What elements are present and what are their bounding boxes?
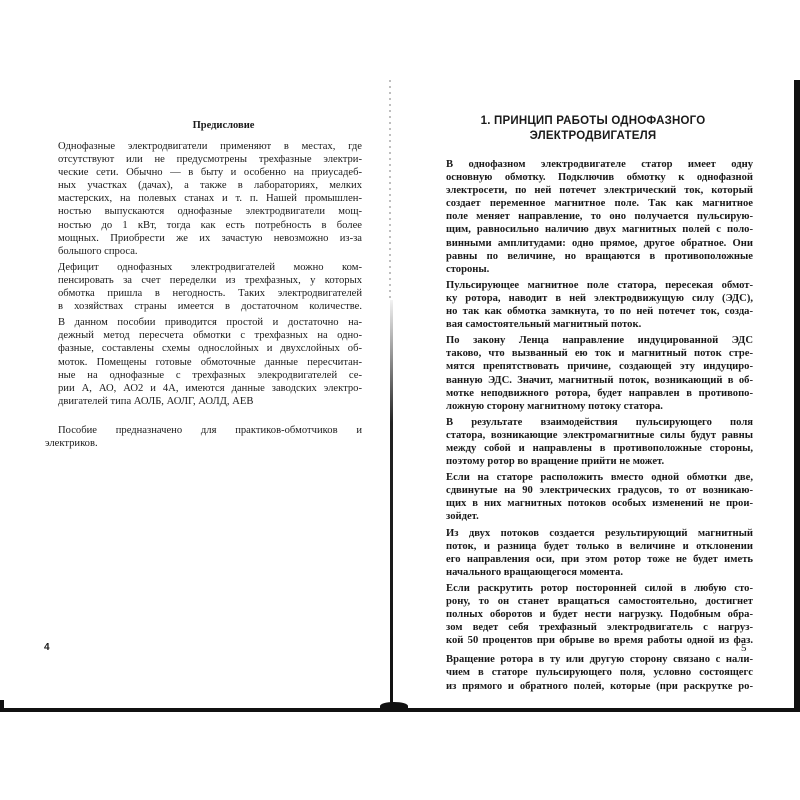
page-edge-bottom — [0, 708, 800, 712]
chapter-heading: 1. ПРИНЦИП РАБОТЫ ОДНОФАЗНОГО ЭЛЕКТРОДВИ… — [433, 114, 753, 144]
text-line: щих в них магнитных потоков особых измен… — [433, 497, 753, 510]
text-line: фазные, составлены схемы однослойных и д… — [45, 342, 362, 355]
text-line: Из двух потоков создается результирующий… — [433, 527, 753, 540]
text-line: вая самостоятельный магнитный поток. — [433, 318, 753, 331]
text-line: дежный метод пересчета обмотки с трехфаз… — [45, 329, 362, 342]
text-line: ку ротора, наводит в ней электродвижущую… — [433, 292, 753, 305]
text-line: чием в статоре пульсирующего поля, услов… — [433, 666, 753, 679]
page-edge-right — [794, 80, 800, 712]
text-line: По закону Ленца направление индуцированн… — [433, 334, 753, 347]
text-line: мастерских, на полевых станах и т. п. На… — [45, 192, 362, 205]
paragraph: Дефицит однофазных электродвигателей мож… — [45, 261, 362, 313]
text-line: моток. Помещены готовые обмоточные данны… — [45, 356, 362, 369]
paragraph: В однофазном электродвигателе статор име… — [433, 158, 753, 276]
text-line: полных оборотов и будет нести нагрузку. … — [433, 608, 753, 621]
paragraph: По закону Ленца направление индуцированн… — [433, 334, 753, 413]
text-line: В результате взаимодействия пульсирующег… — [433, 416, 753, 429]
text-line: винными амплитудами: одно прямое, другое… — [433, 237, 753, 250]
text-line: таково, что вызванный ею ток и магнитный… — [433, 347, 753, 360]
paragraph: Однофазные электродвигатели применяют в … — [45, 140, 362, 258]
text-line: электросети, по ней потечет электрически… — [433, 184, 753, 197]
text-line: поток, и разница будет только в величине… — [433, 540, 753, 553]
text-line: Если раскрутить ротор посторонней силой … — [433, 582, 753, 595]
paragraph: Пособие предназначено для практиков-обмо… — [45, 424, 362, 450]
text-line: ных участках (дачах), а также в лаборато… — [45, 179, 362, 192]
page-edge-corner — [0, 700, 4, 712]
text-line: мятся препятствовать причине, создающей … — [433, 360, 753, 373]
text-line: большого спроса. — [45, 245, 362, 258]
text-line: но так как обмотка замкнута, то по ней п… — [433, 305, 753, 318]
text-line: электриков. — [45, 437, 362, 450]
text-line: ностью выпускаются однофазные электродви… — [45, 205, 362, 218]
paragraph: В данном пособии приводится простой и до… — [45, 316, 362, 408]
paragraph: В результате взаимодействия пульсирующег… — [433, 416, 753, 468]
text-line: пенсировать за счет переделки из трехфаз… — [45, 274, 362, 287]
text-line: В данном пособии приводится простой и до… — [45, 316, 362, 329]
text-line: равны по величине, но вращаются в против… — [433, 250, 753, 263]
text-line: Вращение ротора в ту или другую сторону … — [433, 653, 753, 666]
text-line: В однофазном электродвигателе статор име… — [433, 158, 753, 171]
text-line: мощных. Приобрести же их зачастую невозм… — [45, 232, 362, 245]
text-line: поэтому ротор во вращение прийти не може… — [433, 455, 753, 468]
text-line: двигателей типа АОЛБ, АОЛГ, АОЛД, АЕВ — [45, 395, 362, 408]
text-line: Однофазные электродвигатели применяют в … — [45, 140, 362, 153]
text-line: из прямого и обратного полей, которые (п… — [433, 680, 753, 693]
text-line: Если на статоре расположить вместо одной… — [433, 471, 753, 484]
text-line: ванную ЭДС. Значит, магнитный поток, воз… — [433, 374, 753, 387]
paragraph: Если раскрутить ротор посторонней силой … — [433, 582, 753, 647]
text-line: статора, возникающие электромагнитные си… — [433, 429, 753, 442]
book-spine — [390, 300, 393, 710]
text-line: кой 50 процентов при обрыве во время раб… — [433, 634, 753, 647]
text-line: сдвинутые на 90 электрических градусов, … — [433, 484, 753, 497]
text-line: зом ведет себя трехфазный электродвигате… — [433, 621, 753, 634]
paragraph: Если на статоре расположить вместо одной… — [433, 471, 753, 523]
preface-heading: Предисловие — [45, 120, 362, 131]
text-line: ложную сторону магнитному потоку статора… — [433, 400, 753, 413]
left-page: Предисловие Однофазные электродвигатели … — [0, 0, 390, 708]
text-line: обмотка пришла в негодность. Таких элект… — [45, 287, 362, 300]
text-line: стороны. — [433, 263, 753, 276]
text-line: Дефицит однофазных электродвигателей мож… — [45, 261, 362, 274]
book-spread: Предисловие Однофазные электродвигатели … — [0, 0, 800, 800]
text-line: ческие сети. Обычно — в быту и особенно … — [45, 166, 362, 179]
preface-body: Однофазные электродвигатели применяют в … — [45, 140, 362, 453]
text-line: создает переменное магнитное поле. Так к… — [433, 197, 753, 210]
paragraph: Из двух потоков создается результирующий… — [433, 527, 753, 579]
chapter-heading-line: ЭЛЕКТРОДВИГАТЕЛЯ — [433, 129, 753, 144]
text-line: Пособие предназначено для практиков-обмо… — [45, 424, 362, 437]
paragraph: Пульсирующее магнитное поле статора, пер… — [433, 279, 753, 331]
paragraph: Вращение ротора в ту или другую сторону … — [433, 653, 753, 692]
text-line: мотке неподвижного ротора, будет направл… — [433, 387, 753, 400]
text-line: начального вращающегося момента. — [433, 566, 753, 579]
text-line: ные на однофазные с трехфазных элекродви… — [45, 369, 362, 382]
spine-shadow — [389, 80, 391, 300]
text-line: зойдет. — [433, 510, 753, 523]
text-line: его направления оси, при этом ротор тоже… — [433, 553, 753, 566]
text-line: поле меняет направление, то оно получает… — [433, 210, 753, 223]
chapter-heading-line: 1. ПРИНЦИП РАБОТЫ ОДНОФАЗНОГО — [433, 114, 753, 129]
page-number: 5 — [741, 642, 747, 654]
text-line: отсутствуют или не предусмотрены трехфаз… — [45, 153, 362, 166]
page-number: 4 — [44, 642, 50, 653]
text-line: рии А, АО, АО2 и 4А, имеются данные заво… — [45, 382, 362, 395]
text-line: Пульсирующее магнитное поле статора, пер… — [433, 279, 753, 292]
text-line: ностью до 1 кВт, тогда как есть потребно… — [45, 219, 362, 232]
text-line: щим, равносильно наличию двух магнитных … — [433, 223, 753, 236]
text-line: в хозяйствах страны имеется в достаточно… — [45, 300, 362, 313]
text-line: рону, то он станет вращаться самостоятел… — [433, 595, 753, 608]
chapter-body: В однофазном электродвигателе статор име… — [433, 158, 753, 696]
text-line: между собой и направлены в противоположн… — [433, 442, 753, 455]
right-page: 1. ПРИНЦИП РАБОТЫ ОДНОФАЗНОГО ЭЛЕКТРОДВИ… — [395, 0, 794, 708]
text-line: основную обмотку. Подключив обмотку к од… — [433, 171, 753, 184]
